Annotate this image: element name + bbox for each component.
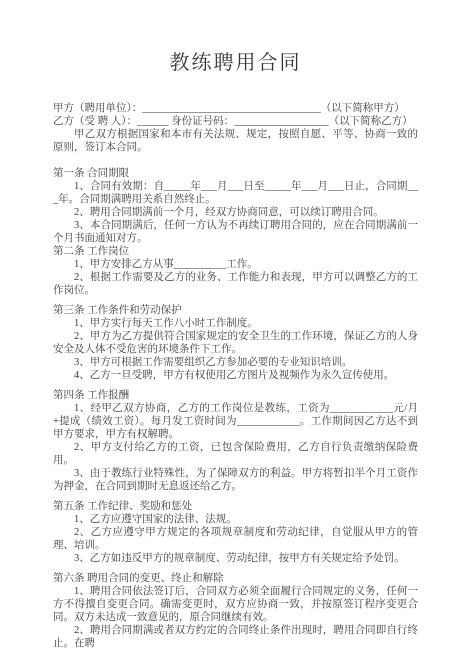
section-item: 3、甲方可根据工作需要组织乙方参加必要的专业知识培训。 xyxy=(53,356,418,369)
section-heading: 第六条 聘用合同的变更、终止和解除 xyxy=(53,572,418,585)
section-item: 3、乙方如违反甲方的规章制度、劳动纪律，按甲方有关规定给予处罚。 xyxy=(53,552,418,565)
section-item: 2、甲方支付给乙方的工资，已包含保险费用，乙方自行负责缴纳保险费用。 xyxy=(53,441,418,467)
section-item: 1、合同有效期：自_____年___月___日至_____年___月___日止，… xyxy=(53,180,418,206)
section-item: 2、乙方应遵守甲方规定的各项规章制度和劳动纪律，自觉服从甲方的管理、培训。 xyxy=(53,526,418,552)
document-title: 教练聘用合同 xyxy=(53,46,418,75)
section-item: 1、甲方实行每天工作八小时工作制度。 xyxy=(53,317,418,330)
section-item: 2、聘用合同期满或者双方约定的合同终止条件出现时，聘用合同即自行终止。在聘 xyxy=(53,624,418,650)
contract-section: 第五条 工作纪律、奖励和惩处1、乙方应遵守国家的法律、法规。2、乙方应遵守甲方规… xyxy=(53,500,418,565)
party-b-line: 乙方（受 聘 人）：______ 身份证号码：_________________… xyxy=(53,115,418,128)
section-heading: 第三条 工作条件和劳动保护 xyxy=(53,304,418,317)
contract-sections: 第一条 合同期限1、合同有效期：自_____年___月___日至_____年__… xyxy=(53,167,418,650)
contract-section: 第四条 工作报酬1、经甲乙双方协商，乙方的工作岗位是教练，工资为________… xyxy=(53,389,418,493)
contract-document-page: 教练聘用合同 甲方（聘用单位）：________________________… xyxy=(0,0,463,655)
section-item: 4、乙方一旦受聘，甲方有权使用乙方图片及视频作为永久宣传使用。 xyxy=(53,369,418,382)
contract-section: 第三条 工作条件和劳动保护1、甲方实行每天工作八小时工作制度。2、甲方为乙方提供… xyxy=(53,304,418,382)
section-item: 2、根据工作需要及乙方的业务、工作能力和表现，甲方可以调整乙方的工作岗位。 xyxy=(53,271,418,297)
section-heading: 第四条 工作报酬 xyxy=(53,389,418,402)
contract-section: 第六条 聘用合同的变更、终止和解除1、聘用合同依法签订后，合同双方必须全面履行合… xyxy=(53,572,418,650)
contract-section: 第二条 工作岗位1、甲方安排乙方从事__________工作。2、根据工作需要及… xyxy=(53,245,418,297)
section-item: 3、本合同期满后，任何一方认为不再续订聘用合同的，应在合同期满前一个月书面通知对… xyxy=(53,219,418,245)
section-heading: 第五条 工作纪律、奖励和惩处 xyxy=(53,500,418,513)
section-item: 2、甲方为乙方提供符合国家规定的安全卫生的工作环境，保证乙方的人身安全及人体不受… xyxy=(53,330,418,356)
section-item: 1、经甲乙双方协商，乙方的工作岗位是教练，工资为____________元/月+… xyxy=(53,402,418,441)
section-item: 1、甲方安排乙方从事__________工作。 xyxy=(53,258,418,271)
section-heading: 第二条 工作岗位 xyxy=(53,245,418,258)
contract-section: 第一条 合同期限1、合同有效期：自_____年___月___日至_____年__… xyxy=(53,167,418,245)
contract-parties-block: 甲方（聘用单位）：_______________________________… xyxy=(53,102,418,154)
section-item: 3、由于教练行业特殊性，为了保障双方的利益。甲方将暂扣半个月工资作为押金，在合同… xyxy=(53,467,418,493)
section-item: 1、聘用合同依法签订后，合同双方必须全面履行合同规定的义务，任何一方不得擅自变更… xyxy=(53,585,418,624)
intro-paragraph: 甲乙双方根据国家和本市有关法规、规定，按照自愿、平等、协商一致的原则，签订本合同… xyxy=(53,128,418,154)
section-item: 1、乙方应遵守国家的法律、法规。 xyxy=(53,513,418,526)
party-a-line: 甲方（聘用单位）：_______________________________… xyxy=(53,102,418,115)
section-heading: 第一条 合同期限 xyxy=(53,167,418,180)
section-item: 2、聘用合同期满前一个月，经双方协商同意，可以续订聘用合同。 xyxy=(53,206,418,219)
